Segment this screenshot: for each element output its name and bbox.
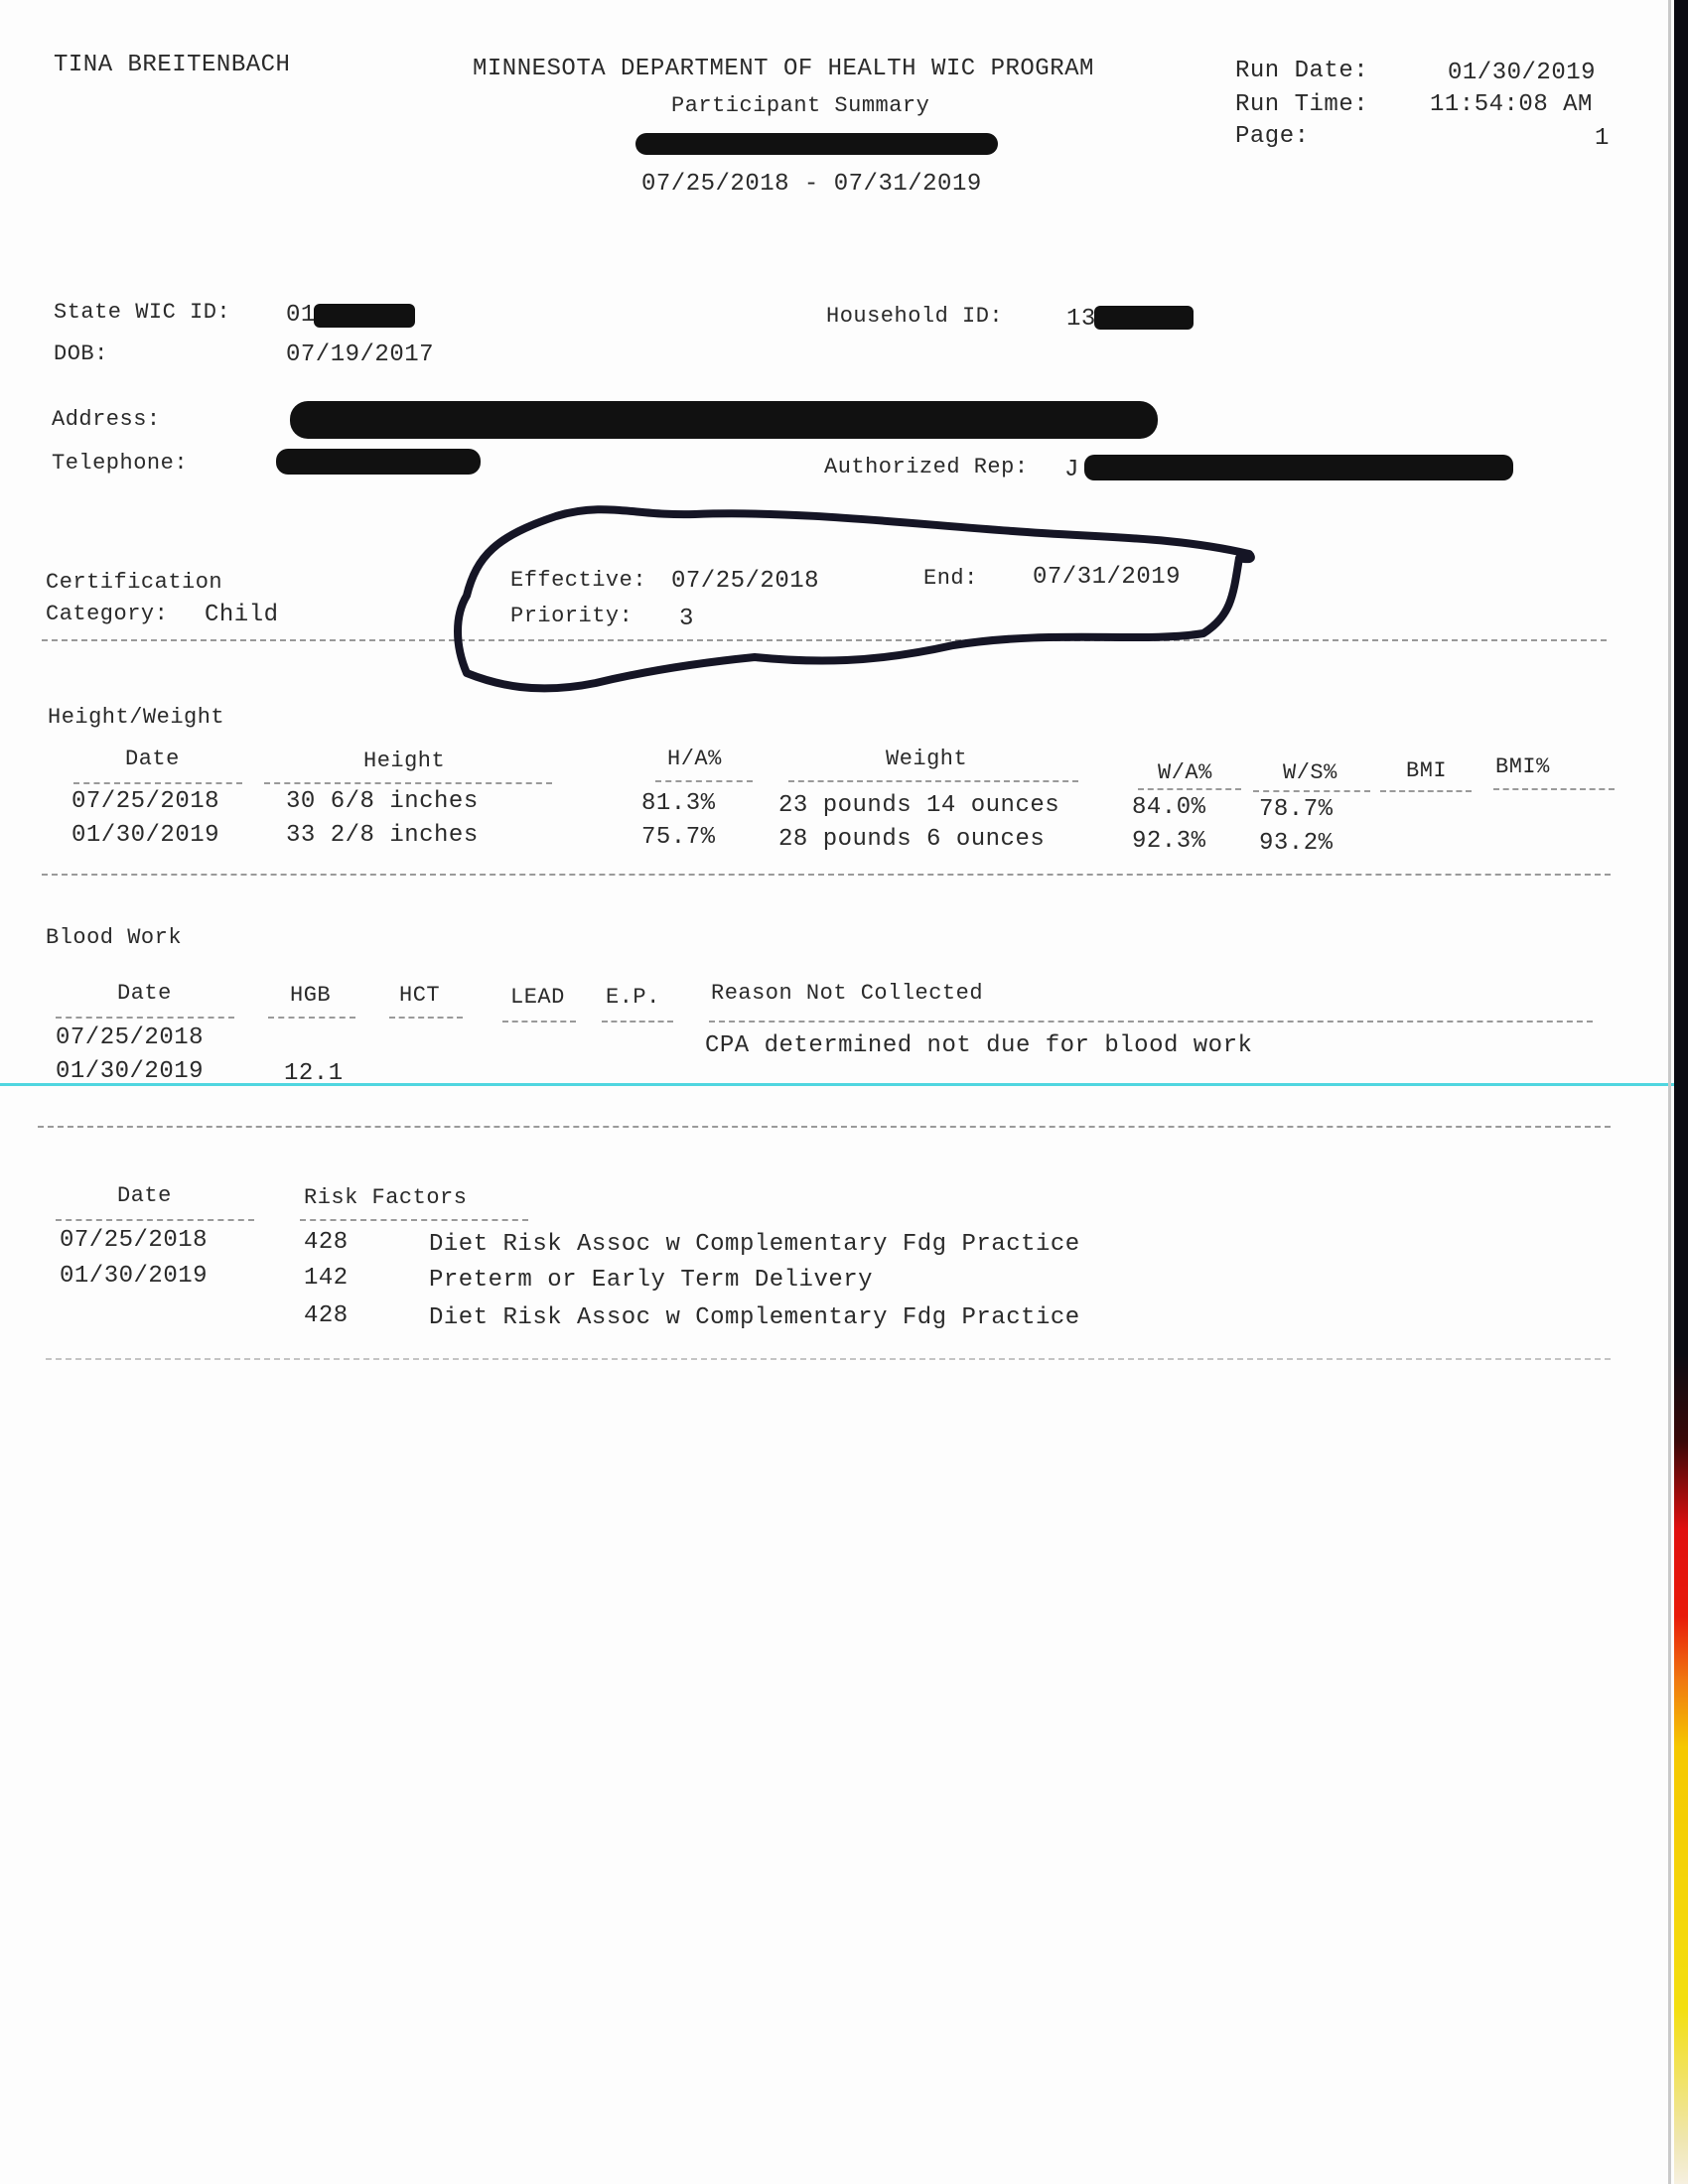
hand-drawn-circle [0,0,1688,2184]
hw-col-bmi-pct: BMI% [1495,754,1550,779]
rf-code: 428 [304,1229,349,1256]
hw-col-height: Height [363,749,445,773]
bw-col-hct: HCT [399,983,440,1008]
hw-weight: 23 pounds 14 ounces [778,792,1059,819]
hw-height: 30 6/8 inches [286,788,479,815]
bw-col-date: Date [117,981,172,1006]
blood-work-title: Blood Work [46,925,182,950]
column-underline [300,1219,528,1221]
bw-col-ep: E.P. [606,985,660,1010]
column-underline [264,782,552,784]
hw-ha: 75.7% [641,824,716,851]
column-underline [1253,790,1370,792]
hw-wa: 84.0% [1132,794,1206,821]
column-underline [1493,788,1615,790]
hw-date: 01/30/2019 [71,822,219,849]
hw-col-weight: Weight [886,747,967,771]
rf-date: 01/30/2019 [60,1263,208,1290]
rf-description: Preterm or Early Term Delivery [429,1267,873,1294]
hw-ha: 81.3% [641,790,716,817]
bw-date: 01/30/2019 [56,1058,204,1085]
rf-description: Diet Risk Assoc w Complementary Fdg Prac… [429,1304,1080,1331]
scan-edge-strip [1674,0,1688,2184]
column-underline [1380,790,1472,792]
rf-description: Diet Risk Assoc w Complementary Fdg Prac… [429,1231,1080,1258]
rf-col-date: Date [117,1183,172,1208]
hw-ws: 78.7% [1259,796,1334,823]
divider [38,1126,1611,1128]
bw-col-hgb: HGB [290,983,331,1008]
hw-date: 07/25/2018 [71,788,219,815]
hw-col-ws: W/S% [1283,760,1337,785]
hw-col-date: Date [125,747,180,771]
hw-col-ha: H/A% [667,747,722,771]
height-weight-title: Height/Weight [48,705,224,730]
column-underline [709,1021,1593,1023]
column-underline [788,780,1078,782]
hw-wa: 92.3% [1132,828,1206,855]
bw-col-reason: Reason Not Collected [711,981,983,1006]
bw-date: 07/25/2018 [56,1024,204,1051]
column-underline [268,1017,355,1019]
hw-col-wa: W/A% [1158,760,1212,785]
scan-artifact-line [0,1083,1674,1086]
divider [46,1358,1611,1360]
hw-ws: 93.2% [1259,830,1334,857]
bw-col-lead: LEAD [510,985,565,1010]
bw-reason: CPA determined not due for blood work [705,1032,1252,1059]
column-underline [56,1017,234,1019]
divider [42,874,1611,876]
rf-code: 142 [304,1265,349,1292]
column-underline [73,782,242,784]
column-underline [389,1017,463,1019]
column-underline [1138,788,1241,790]
column-underline [655,780,753,782]
rf-col-factors: Risk Factors [304,1185,467,1210]
hw-weight: 28 pounds 6 ounces [778,826,1045,853]
hw-height: 33 2/8 inches [286,822,479,849]
column-underline [602,1021,673,1023]
column-underline [502,1021,576,1023]
scan-edge-line [1668,0,1671,2184]
hw-col-bmi: BMI [1406,758,1447,783]
rf-date: 07/25/2018 [60,1227,208,1254]
column-underline [56,1219,254,1221]
rf-code: 428 [304,1302,349,1329]
